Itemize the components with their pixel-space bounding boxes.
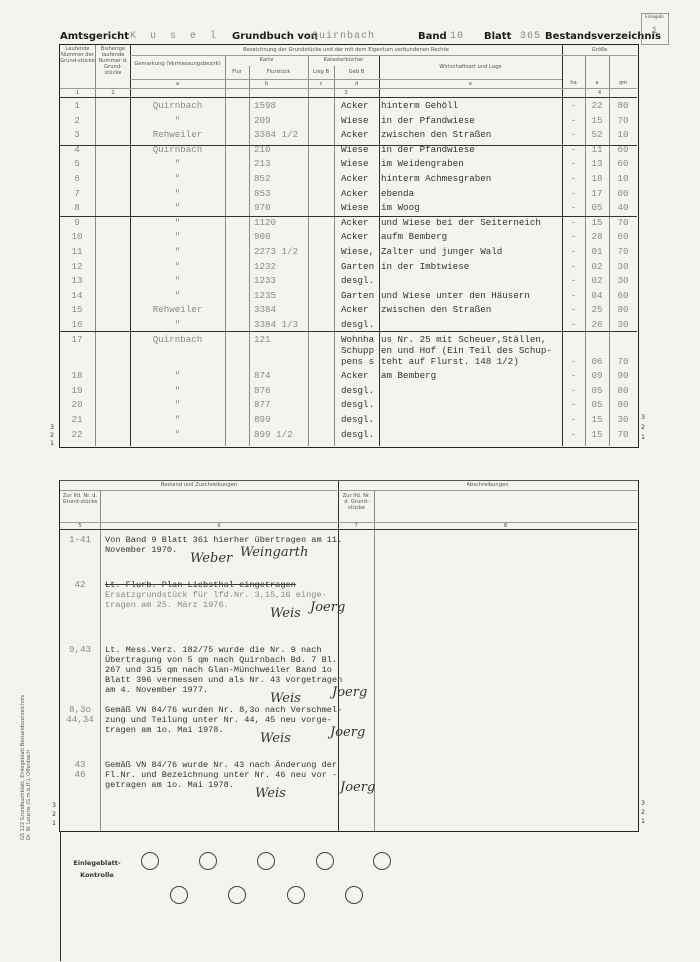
row-ha: - — [562, 115, 585, 126]
row-lage: zwischen den Straßen — [381, 129, 491, 140]
control-circle[interactable] — [345, 886, 363, 904]
row-flurstueck: 3384 1/2 — [254, 129, 298, 140]
row-qm: 70 — [609, 217, 637, 228]
row-gemarkung: " — [130, 188, 225, 199]
row-wirtschaftsart: Wiese, — [341, 246, 374, 257]
row-gemarkung: " — [130, 429, 225, 440]
row-divider — [60, 490, 637, 491]
row-lage: ebenda — [381, 188, 414, 199]
margin-mark-1: 1 — [48, 440, 56, 447]
row-wirtschaftsart: Wiese — [341, 144, 369, 155]
row-wirtschaftsart: desgl. — [341, 399, 374, 410]
row-lage: in der Imbtwiese — [381, 261, 469, 272]
letter-d: d — [334, 81, 379, 87]
entry-text-line: November 1970. — [105, 545, 177, 555]
col-divider — [249, 66, 250, 446]
row-number: 13 — [60, 275, 94, 286]
row-number: 2 — [60, 115, 94, 126]
row-ar: 15 — [585, 414, 609, 425]
row-qm: 40 — [609, 202, 637, 213]
control-circle[interactable] — [257, 852, 275, 870]
footer-left-border — [60, 831, 61, 961]
col-flur-header: Flur — [225, 69, 249, 75]
row-ar: 22 — [585, 100, 609, 111]
row-lage-cont: teht auf Flurst. 148 1/2) — [381, 356, 519, 367]
col-wirtschaft-header: Wirtschaftsart und Lage — [379, 64, 562, 70]
col-groesse-header: Größe — [562, 47, 637, 53]
col-flurstueck-header: Flurstück — [249, 69, 308, 75]
row-gemarkung: " — [130, 261, 225, 272]
row-number: 19 — [60, 385, 94, 396]
entry-text-line: tragen am 25. März 1976. — [105, 600, 229, 610]
row-gemarkung: " — [130, 202, 225, 213]
col-qm-header: qm — [609, 80, 637, 86]
colnum-5: 5 — [60, 523, 100, 529]
row-number: 1 — [60, 100, 94, 111]
row-qm: 60 — [609, 158, 637, 169]
row-number: 5 — [60, 158, 94, 169]
margin-mark-1-bottom: 1 — [50, 820, 58, 827]
letter-e: e — [379, 81, 562, 87]
row-wirtschaftsart: Acker — [341, 304, 369, 315]
entry-grundstueck-nr: 42 — [62, 580, 98, 590]
entry-text-line: Lt. Flurb. Plan Liebsthal eingetragen — [105, 580, 296, 590]
col-divider — [334, 66, 335, 446]
margin-mark-1-bottom-right: 1 — [639, 818, 647, 825]
signature: Joerg — [340, 780, 375, 795]
row-wirtschaftsart-cont: Schupp — [341, 345, 374, 356]
row-number: 12 — [60, 261, 94, 272]
row-ar: 02 — [585, 275, 609, 286]
row-number: 16 — [60, 319, 94, 330]
page-box-value: 1 — [642, 26, 668, 37]
row-ar: 25 — [585, 304, 609, 315]
row-ar: 28 — [585, 231, 609, 242]
col-divider — [100, 490, 101, 831]
row-qm: 70 — [609, 429, 637, 440]
row-flurstueck: 900 — [254, 231, 271, 242]
band-label: Band — [418, 31, 447, 42]
row-ar: 18 — [585, 173, 609, 184]
row-ar: 04 — [585, 290, 609, 301]
row-ha: - — [562, 304, 585, 315]
row-divider — [60, 331, 637, 332]
row-gemarkung: " — [130, 217, 225, 228]
form-side-print: GS 122 Grundbuchblatt, Einlegeblatt Best… — [20, 695, 32, 840]
row-qm: 60 — [609, 231, 637, 242]
row-gemarkung: " — [130, 173, 225, 184]
row-number: 18 — [60, 370, 94, 381]
row-lage: und Wiese bei der Seiterneich — [381, 217, 541, 228]
row-flurstueck: 121 — [254, 334, 271, 345]
row-flurstueck: 209 — [254, 115, 271, 126]
row-qm: 60 — [609, 144, 637, 155]
page-box-label: Einlegebl. — [642, 14, 668, 20]
row-flurstueck: 3384 1/3 — [254, 319, 298, 330]
row-qm: 70 — [609, 115, 637, 126]
row-qm: 90 — [609, 370, 637, 381]
row-flurstueck: 899 1/2 — [254, 429, 293, 440]
row-ha: - — [562, 414, 585, 425]
col-ha-header: ha — [562, 80, 585, 86]
row-lage: Zalter und junger Wald — [381, 246, 502, 257]
row-gemarkung: " — [130, 414, 225, 425]
row-divider — [60, 529, 637, 530]
row-wirtschaftsart: Wiese — [341, 115, 369, 126]
row-ar: 02 — [585, 261, 609, 272]
row-flurstueck: 853 — [254, 188, 271, 199]
row-lage: aufm Bemberg — [381, 231, 447, 242]
colnum-2: 2 — [96, 90, 130, 96]
entry-text-line: Übertragung von 5 qm nach Quirnbach Bd. … — [105, 655, 337, 665]
col-lieg-header: Lieg B — [308, 69, 334, 75]
row-ar: 05 — [585, 202, 609, 213]
row-number: 22 — [60, 429, 94, 440]
row-qm: 70 — [609, 246, 637, 257]
zur-nr-header-right: Zur lfd. Nr. d. Grund-stücke — [340, 493, 373, 511]
entry-text-line: Fl.Nr. und Bezeichnung unter Nr. 46 neu … — [105, 770, 337, 780]
row-number: 9 — [60, 217, 94, 228]
row-ar: 17 — [585, 188, 609, 199]
row-gemarkung: " — [130, 385, 225, 396]
control-label-line-1: Einlegeblatt- — [72, 857, 122, 869]
col-kataster-header: Katasterbücher — [308, 57, 379, 63]
row-flurstueck: 874 — [254, 370, 271, 381]
control-circle[interactable] — [228, 886, 246, 904]
row-lage: im Woog — [381, 202, 420, 213]
row-qm: 80 — [609, 304, 637, 315]
grundbuch-label: Grundbuch von — [232, 31, 318, 42]
control-circle[interactable] — [199, 852, 217, 870]
row-number: 6 — [60, 173, 94, 184]
row-divider — [130, 79, 562, 80]
row-flurstueck: 1598 — [254, 100, 276, 111]
row-ar: 11 — [585, 144, 609, 155]
row-ha: - — [562, 356, 585, 367]
page-number-box: Einlegebl. 1 — [641, 13, 669, 45]
row-flurstueck: 213 — [254, 158, 271, 169]
row-gemarkung: Quirnbach — [130, 144, 225, 155]
col-a-header: a — [585, 80, 609, 86]
row-gemarkung: " — [130, 158, 225, 169]
row-wirtschaftsart: Acker — [341, 188, 369, 199]
row-lage: in der Pfandwiese — [381, 115, 475, 126]
entry-text-line: Ersatzgrundstück für lfd.Nr. 3,15,16 ein… — [105, 590, 327, 600]
col-divider — [338, 481, 339, 831]
entry-grundstueck-nr: 43 46 — [62, 760, 98, 780]
margin-mark-3-bottom: 3 — [50, 802, 58, 809]
row-gemarkung: " — [130, 275, 225, 286]
row-ha: - — [562, 231, 585, 242]
einlegeblatt-kontrolle-label: Einlegeblatt- Kontrolle — [72, 857, 122, 881]
row-ha: - — [562, 173, 585, 184]
row-wirtschaftsart: desgl. — [341, 414, 374, 425]
row-ha: - — [562, 319, 585, 330]
row-flurstueck: 1233 — [254, 275, 276, 286]
row-ha: - — [562, 129, 585, 140]
row-ha: - — [562, 246, 585, 257]
signature: Weber — [190, 551, 232, 566]
entry-grundstueck-nr: 9,43 — [62, 645, 98, 655]
row-ha: - — [562, 385, 585, 396]
abschreibungen-header: Abschreibungen — [338, 482, 637, 488]
control-label-line-2: Kontrolle — [72, 869, 122, 881]
row-gemarkung: " — [130, 319, 225, 330]
row-qm: 10 — [609, 173, 637, 184]
row-lage: am Bemberg — [381, 370, 436, 381]
signature: Weingarth — [240, 545, 308, 560]
margin-mark-2-bottom: 2 — [50, 811, 58, 818]
row-lage: zwischen den Straßen — [381, 304, 491, 315]
row-gemarkung: Quirnbach — [130, 334, 225, 345]
row-gemarkung: Rehweiler — [130, 129, 225, 140]
entry-text-line: Gemäß VN 84/76 wurde Nr. 43 nach Änderun… — [105, 760, 337, 770]
row-lage: in der Pfandwiese — [381, 144, 475, 155]
margin-mark-3: 3 — [48, 424, 56, 431]
row-gemarkung: " — [130, 115, 225, 126]
row-ar: 05 — [585, 385, 609, 396]
row-lage: und Wiese unter den Häusern — [381, 290, 530, 301]
margin-mark-2: 2 — [48, 432, 56, 439]
row-flurstueck: 970 — [254, 202, 271, 213]
row-ha: - — [562, 429, 585, 440]
row-wirtschaftsart: desgl. — [341, 429, 374, 440]
row-lage-cont: en und Hof (Ein Teil des Schup- — [381, 345, 552, 356]
row-ar: 09 — [585, 370, 609, 381]
row-ar: 13 — [585, 158, 609, 169]
entry-text-line: am 4. November 1977. — [105, 685, 208, 695]
row-qm: 30 — [609, 275, 637, 286]
colnum-7: 7 — [338, 523, 374, 529]
control-circle[interactable] — [373, 852, 391, 870]
grundbuch-value: Quirnbach — [312, 31, 375, 42]
row-number: 3 — [60, 129, 94, 140]
col-divider — [308, 55, 309, 446]
colnum-1: 1 — [60, 90, 95, 96]
signature: Joerg — [310, 600, 345, 615]
row-number: 11 — [60, 246, 94, 257]
row-wirtschaftsart: Garten — [341, 290, 374, 301]
row-wirtschaftsart: Acker — [341, 173, 369, 184]
row-ha: - — [562, 100, 585, 111]
row-number: 10 — [60, 231, 94, 242]
row-flurstueck: 852 — [254, 173, 271, 184]
row-flurstueck: 899 — [254, 414, 271, 425]
row-wirtschaftsart: desgl. — [341, 319, 374, 330]
row-flurstueck: 210 — [254, 144, 271, 155]
row-ar: 52 — [585, 129, 609, 140]
row-qm: 30 — [609, 319, 637, 330]
row-qm: 80 — [609, 100, 637, 111]
row-ha: - — [562, 261, 585, 272]
row-gemarkung: Rehweiler — [130, 304, 225, 315]
row-ar: 01 — [585, 246, 609, 257]
row-gemarkung: Quirnbach — [130, 100, 225, 111]
row-qm: 30 — [609, 414, 637, 425]
zur-nr-header-left: Zur lfd. Nr. d. Grund-stücke — [62, 493, 98, 505]
row-ha: - — [562, 188, 585, 199]
signature: Weis — [270, 606, 301, 621]
entry-text-line: Lt. Mess.Verz. 182/75 wurde die Nr. 9 na… — [105, 645, 322, 655]
margin-mark-1-right: 1 — [639, 434, 647, 441]
row-qm: 10 — [609, 129, 637, 140]
col-gemarkung-header: Gemarkung (Vermessungsbezirk) — [130, 61, 225, 67]
row-ha: - — [562, 399, 585, 410]
row-gemarkung: " — [130, 370, 225, 381]
entry-text-line: Von Band 9 Blatt 361 hierher übertragen … — [105, 535, 342, 545]
row-lage: hinterm Gehöll — [381, 100, 458, 111]
margin-mark-2-bottom-right: 2 — [639, 809, 647, 816]
row-wirtschaftsart: desgl. — [341, 385, 374, 396]
entry-text-line: tragen am 1o. Mai 1978. — [105, 725, 224, 735]
colnum-3: 3 — [130, 90, 562, 96]
court-label: Amtsgericht — [60, 31, 129, 42]
signature: Weis — [270, 691, 301, 706]
row-number: 14 — [60, 290, 94, 301]
row-divider — [130, 55, 637, 56]
control-circle[interactable] — [170, 886, 188, 904]
row-flurstueck: 1232 — [254, 261, 276, 272]
row-wirtschaftsart: Wiese — [341, 202, 369, 213]
control-circle[interactable] — [316, 852, 334, 870]
entry-text-line: getragen am 1o. Mai 1978. — [105, 780, 234, 790]
row-ha: - — [562, 275, 585, 286]
row-gemarkung: " — [130, 231, 225, 242]
row-flurstueck: 1120 — [254, 217, 276, 228]
signature: Weis — [255, 786, 286, 801]
row-qm: 30 — [609, 261, 637, 272]
signature: Weis — [260, 731, 291, 746]
control-circle[interactable] — [141, 852, 159, 870]
row-qm: 70 — [609, 356, 637, 367]
entry-text-line: 267 und 315 qm nach Glan-Münchweiler Ban… — [105, 665, 332, 675]
row-wirtschaftsart: Wiese — [341, 158, 369, 169]
row-ar: 15 — [585, 217, 609, 228]
row-qm: 60 — [609, 290, 637, 301]
court-value: K u s e l — [130, 31, 220, 42]
row-lage: im Weidengraben — [381, 158, 464, 169]
signature: Joerg — [332, 685, 367, 700]
row-wirtschaftsart: Acker — [341, 370, 369, 381]
entry-text-line: Gemäß VN 84/76 wurden Nr. 8,3o nach Vers… — [105, 705, 342, 715]
blatt-label: Blatt — [484, 31, 511, 42]
col-divider — [379, 55, 380, 446]
bestand-header: Bestand und Zuschreibungen — [60, 482, 338, 488]
col-divider — [95, 45, 96, 446]
blatt-value: 365 — [520, 31, 541, 42]
band-value: 10 — [450, 31, 464, 42]
margin-mark-3-right: 3 — [639, 414, 647, 421]
entry-grundstueck-nr: 1-41 — [62, 535, 98, 545]
row-wirtschaftsart: Acker — [341, 129, 369, 140]
row-ha: - — [562, 290, 585, 301]
entry-text-line: Blatt 396 vermessen und als Nr. 43 vorge… — [105, 675, 342, 685]
row-wirtschaftsart: Acker — [341, 217, 369, 228]
col-lfd-nr-header: Laufende Nummer der Grund-stücke — [60, 46, 95, 64]
row-number: 20 — [60, 399, 94, 410]
row-lage: hinterm Achmesgraben — [381, 173, 491, 184]
row-qm: 80 — [609, 385, 637, 396]
row-number: 8 — [60, 202, 94, 213]
row-lage: us Nr. 25 mit Scheuer,Ställen, — [381, 334, 546, 345]
row-ha: - — [562, 202, 585, 213]
signature: Joerg — [330, 725, 365, 740]
row-ha: - — [562, 370, 585, 381]
row-ar: 26 — [585, 319, 609, 330]
entry-grundstueck-nr: 8,3o 44,34 — [62, 705, 98, 725]
row-gemarkung: " — [130, 246, 225, 257]
letter-b: b — [225, 81, 308, 87]
row-ar: 05 — [585, 399, 609, 410]
row-wirtschaftsart: Wohnha — [341, 334, 374, 345]
row-wirtschaftsart-cont: pens s — [341, 356, 374, 367]
row-gemarkung: " — [130, 290, 225, 301]
row-qm: 00 — [609, 188, 637, 199]
colnum-6: 6 — [100, 523, 338, 529]
row-wirtschaftsart: Acker — [341, 231, 369, 242]
colnum-4: 4 — [562, 90, 637, 96]
row-flurstueck: 1235 — [254, 290, 276, 301]
margin-mark-2-right: 2 — [639, 424, 647, 431]
row-ha: - — [562, 158, 585, 169]
letter-c: c — [308, 81, 334, 87]
col-bisherige-nr-header: Bisherige laufende Nummer d. Grund-stück… — [96, 46, 130, 76]
margin-mark-3-bottom-right: 3 — [639, 800, 647, 807]
row-flurstueck: 876 — [254, 385, 271, 396]
col-karte-header: Karte — [225, 57, 308, 63]
letter-a: a — [130, 81, 225, 87]
colnum-8: 8 — [374, 523, 637, 529]
row-ar: 15 — [585, 115, 609, 126]
row-divider — [60, 97, 637, 98]
row-number: 4 — [60, 144, 94, 155]
row-flurstueck: 3384 — [254, 304, 276, 315]
row-gemarkung: " — [130, 399, 225, 410]
col-divider — [225, 55, 226, 446]
entry-text-line: zung und Teilung unter Nr. 44, 45 neu vo… — [105, 715, 332, 725]
row-flurstueck: 877 — [254, 399, 271, 410]
row-ar: 15 — [585, 429, 609, 440]
col-geb-header: Geb B — [334, 69, 379, 75]
row-wirtschaftsart: desgl. — [341, 275, 374, 286]
row-number: 21 — [60, 414, 94, 425]
col-bezeichnung-header: Bezeichnung der Grundstücke und der mit … — [130, 47, 562, 53]
row-flurstueck: 2273 1/2 — [254, 246, 298, 257]
row-wirtschaftsart: Acker — [341, 100, 369, 111]
row-number: 7 — [60, 188, 94, 199]
row-ha: - — [562, 144, 585, 155]
side-print-line-2: Dr. W. Leuchs (G.m.b.H.), Offenbach — [26, 695, 32, 840]
row-wirtschaftsart: Garten — [341, 261, 374, 272]
row-ar: 06 — [585, 356, 609, 367]
row-divider — [60, 88, 637, 89]
row-ha: - — [562, 217, 585, 228]
row-qm: 80 — [609, 399, 637, 410]
control-circle[interactable] — [287, 886, 305, 904]
row-number: 15 — [60, 304, 94, 315]
row-number: 17 — [60, 334, 94, 345]
